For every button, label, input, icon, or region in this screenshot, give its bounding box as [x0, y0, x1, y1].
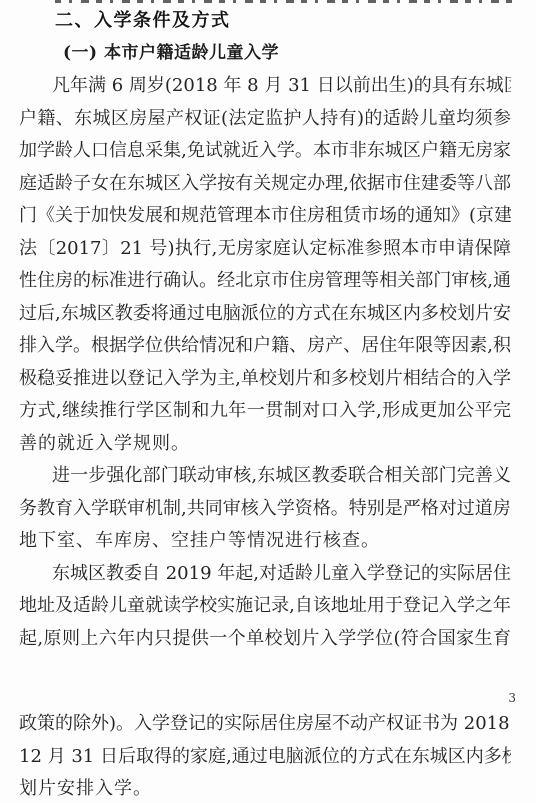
body-line: 过后,东城区教委将通过电脑派位的方式在东城区内多校划片安 — [19, 298, 511, 331]
body-line: 庭适龄子女在东城区入学按有关规定办理,依据市住建委等八部 — [19, 168, 511, 201]
body-line: 方式,继续推行学区制和九年一贯制对口入学,形成更加公平完 — [19, 395, 511, 428]
body-line: 12 月 31 日后取得的家庭,通过电脑派位的方式在东城区内多校 — [19, 741, 511, 774]
body-line: 加学龄人口信息采集,免试就近入学。本市非东城区户籍无房家 — [19, 135, 511, 168]
body-line: 凡年满 6 周岁(2018 年 8 月 31 日以前出生)的具有东城区 — [19, 70, 511, 103]
body-line: 地址及适龄儿童就读学校实施记录,自该地址用于登记入学之年 — [19, 590, 511, 623]
body-line: 划片安排入学。 — [19, 773, 511, 803]
paragraph-block-next-page: 政策的除外)。入学登记的实际居住房屋不动产权证书为 2018 年 12 月 31… — [19, 708, 511, 803]
body-line: 政策的除外)。入学登记的实际居住房屋不动产权证书为 2018 年 — [19, 708, 511, 741]
clipped-previous-line — [55, 0, 513, 3]
body-line: 地下室、车库房、空挂户等情况进行核查。 — [19, 525, 511, 558]
body-line: 务教育入学联审机制,共同审核入学资格。特别是严格对过道房、 — [19, 493, 511, 526]
page-content: 二、入学条件及方式 (一) 本市户籍适龄儿童入学 凡年满 6 周岁(2018 年… — [19, 10, 511, 655]
body-line: 进一步强化部门联动审核,东城区教委联合相关部门完善义 — [19, 460, 511, 493]
body-line: 性住房的标准进行确认。经北京市住房管理等相关部门审核,通 — [19, 265, 511, 298]
paragraph-block: 凡年满 6 周岁(2018 年 8 月 31 日以前出生)的具有东城区 户籍、东… — [19, 70, 511, 655]
body-line: 起,原则上六年内只提供一个单校划片入学学位(符合国家生育 — [19, 623, 511, 656]
body-line: 门《关于加快发展和规范管理本市住房租赁市场的通知》(京建 — [19, 200, 511, 233]
body-line: 东城区教委自 2019 年起,对适龄儿童入学登记的实际居住 — [19, 558, 511, 591]
page-number: 3 — [508, 691, 516, 705]
document-page: 二、入学条件及方式 (一) 本市户籍适龄儿童入学 凡年满 6 周岁(2018 年… — [0, 0, 536, 803]
body-line: 法〔2017〕21 号)执行,无房家庭认定标准参照本市申请保障 — [19, 233, 511, 266]
body-line: 户籍、东城区房屋产权证(法定监护人持有)的适龄儿童均须参 — [19, 103, 511, 136]
body-line: 善的就近入学规则。 — [19, 428, 511, 461]
subsection-heading: (一) 本市户籍适龄儿童入学 — [63, 42, 511, 64]
body-line: 极稳妥推进以登记入学为主,单校划片和多校划片相结合的入学 — [19, 363, 511, 396]
body-line: 排入学。根据学位供给情况和户籍、房产、居住年限等因素,积 — [19, 330, 511, 363]
section-heading: 二、入学条件及方式 — [55, 10, 511, 32]
